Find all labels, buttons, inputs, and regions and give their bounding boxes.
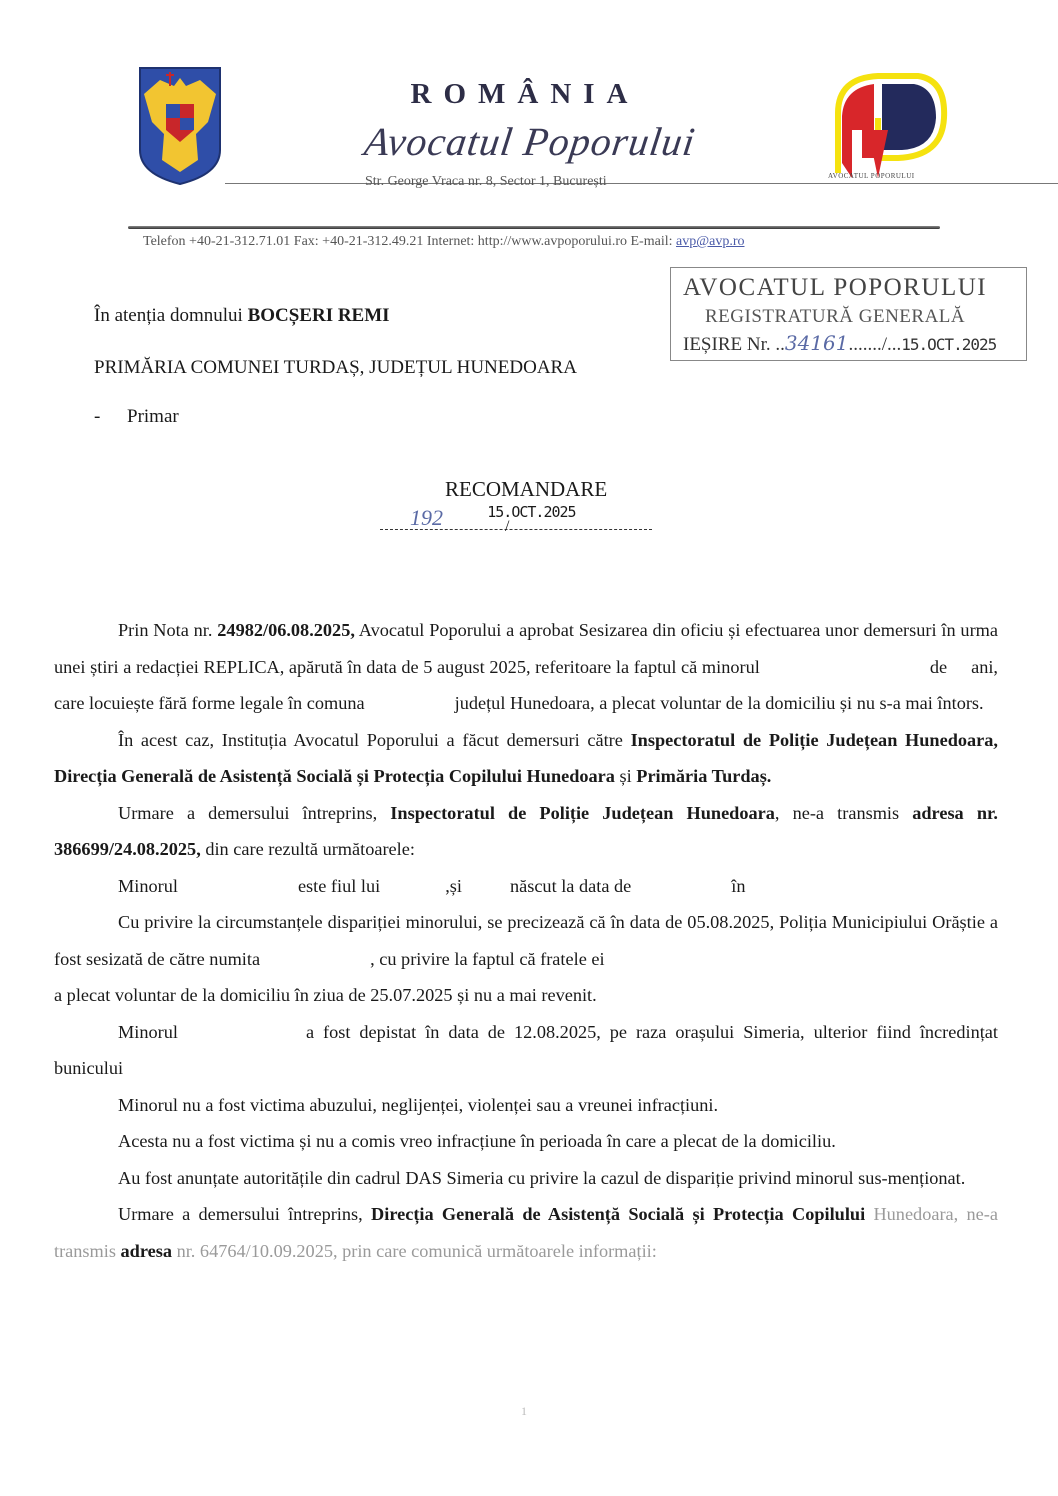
paragraph-8: Acesta nu a fost victima și nu a comis v… xyxy=(54,1123,998,1160)
paragraph-4: Minoruleste fiul lui,șinăscut la data de… xyxy=(54,868,998,905)
addressee-role: -Primar xyxy=(94,406,179,428)
paragraph-2: În acest caz, Instituția Avocatul Poporu… xyxy=(54,722,998,795)
paragraph-5: Cu privire la circumstanțele dispariției… xyxy=(54,904,998,1014)
country-heading: ROMÂNIA xyxy=(360,78,690,111)
website[interactable]: Internet: http://www.avpoporului.ro xyxy=(427,234,627,249)
attention-line: În atenția domnului BOCȘERI REMI xyxy=(94,305,390,327)
institution-name: Avocatul Poporului xyxy=(352,118,709,165)
logo-caption: AVOCATUL POPORULUI xyxy=(828,172,915,180)
paragraph-10: Urmare a demersului întreprins, Direcția… xyxy=(54,1196,998,1269)
paragraph-7: Minorul nu a fost victima abuzului, negl… xyxy=(54,1087,998,1124)
contact-divider xyxy=(128,226,940,229)
stamp-date: 15.OCT.2025 xyxy=(901,335,996,354)
contact-line: Telefon +40-21-312.71.01 Fax: +40-21-312… xyxy=(143,234,744,250)
institution-address: Str. George Vraca nr. 8, Sector 1, Bucur… xyxy=(365,174,695,190)
email-label: E-mail: xyxy=(631,234,673,249)
registry-stamp: AVOCATUL POPORULUI REGISTRATURĂ GENERALĂ… xyxy=(670,267,1027,361)
number-separator: / xyxy=(505,518,509,536)
handwritten-number: 192 xyxy=(410,505,443,530)
document-title: RECOMANDARE xyxy=(445,477,607,502)
paragraph-3: Urmare a demersului întreprins, Inspecto… xyxy=(54,795,998,868)
phone: Telefon +40-21-312.71.01 xyxy=(143,234,290,249)
avp-logo xyxy=(818,68,958,188)
stamp-handwritten-number: 34161 xyxy=(785,331,849,355)
stamp-exit-number: IEȘIRE Nr. ..34161......./...15.OCT.2025 xyxy=(683,331,996,356)
recommendation-number: 192 15.OCT.2025 xyxy=(380,505,576,531)
romania-coat-of-arms xyxy=(136,64,224,186)
page-number: 1 xyxy=(521,1404,527,1419)
fax: Fax: +40-21-312.49.21 xyxy=(294,234,424,249)
stamp-institution: AVOCATUL POPORULUI xyxy=(683,274,987,302)
paragraph-6: Minorula fost depistat în data de 12.08.… xyxy=(54,1014,998,1087)
addressee-institution: PRIMĂRIA COMUNEI TURDAȘ, JUDEȚUL HUNEDOA… xyxy=(94,357,577,379)
recommendation-date: 15.OCT.2025 xyxy=(487,503,575,521)
stamp-registry: REGISTRATURĂ GENERALĂ xyxy=(705,306,965,328)
paragraph-1: Prin Nota nr. 24982/06.08.2025, Avocatul… xyxy=(54,612,998,722)
email-link[interactable]: avp@avp.ro xyxy=(676,234,744,249)
addressee-name: BOCȘERI REMI xyxy=(248,305,390,326)
document-body: Prin Nota nr. 24982/06.08.2025, Avocatul… xyxy=(54,612,998,1269)
paragraph-9: Au fost anunțate autoritățile din cadrul… xyxy=(54,1160,998,1197)
number-dashed-line xyxy=(380,529,652,530)
